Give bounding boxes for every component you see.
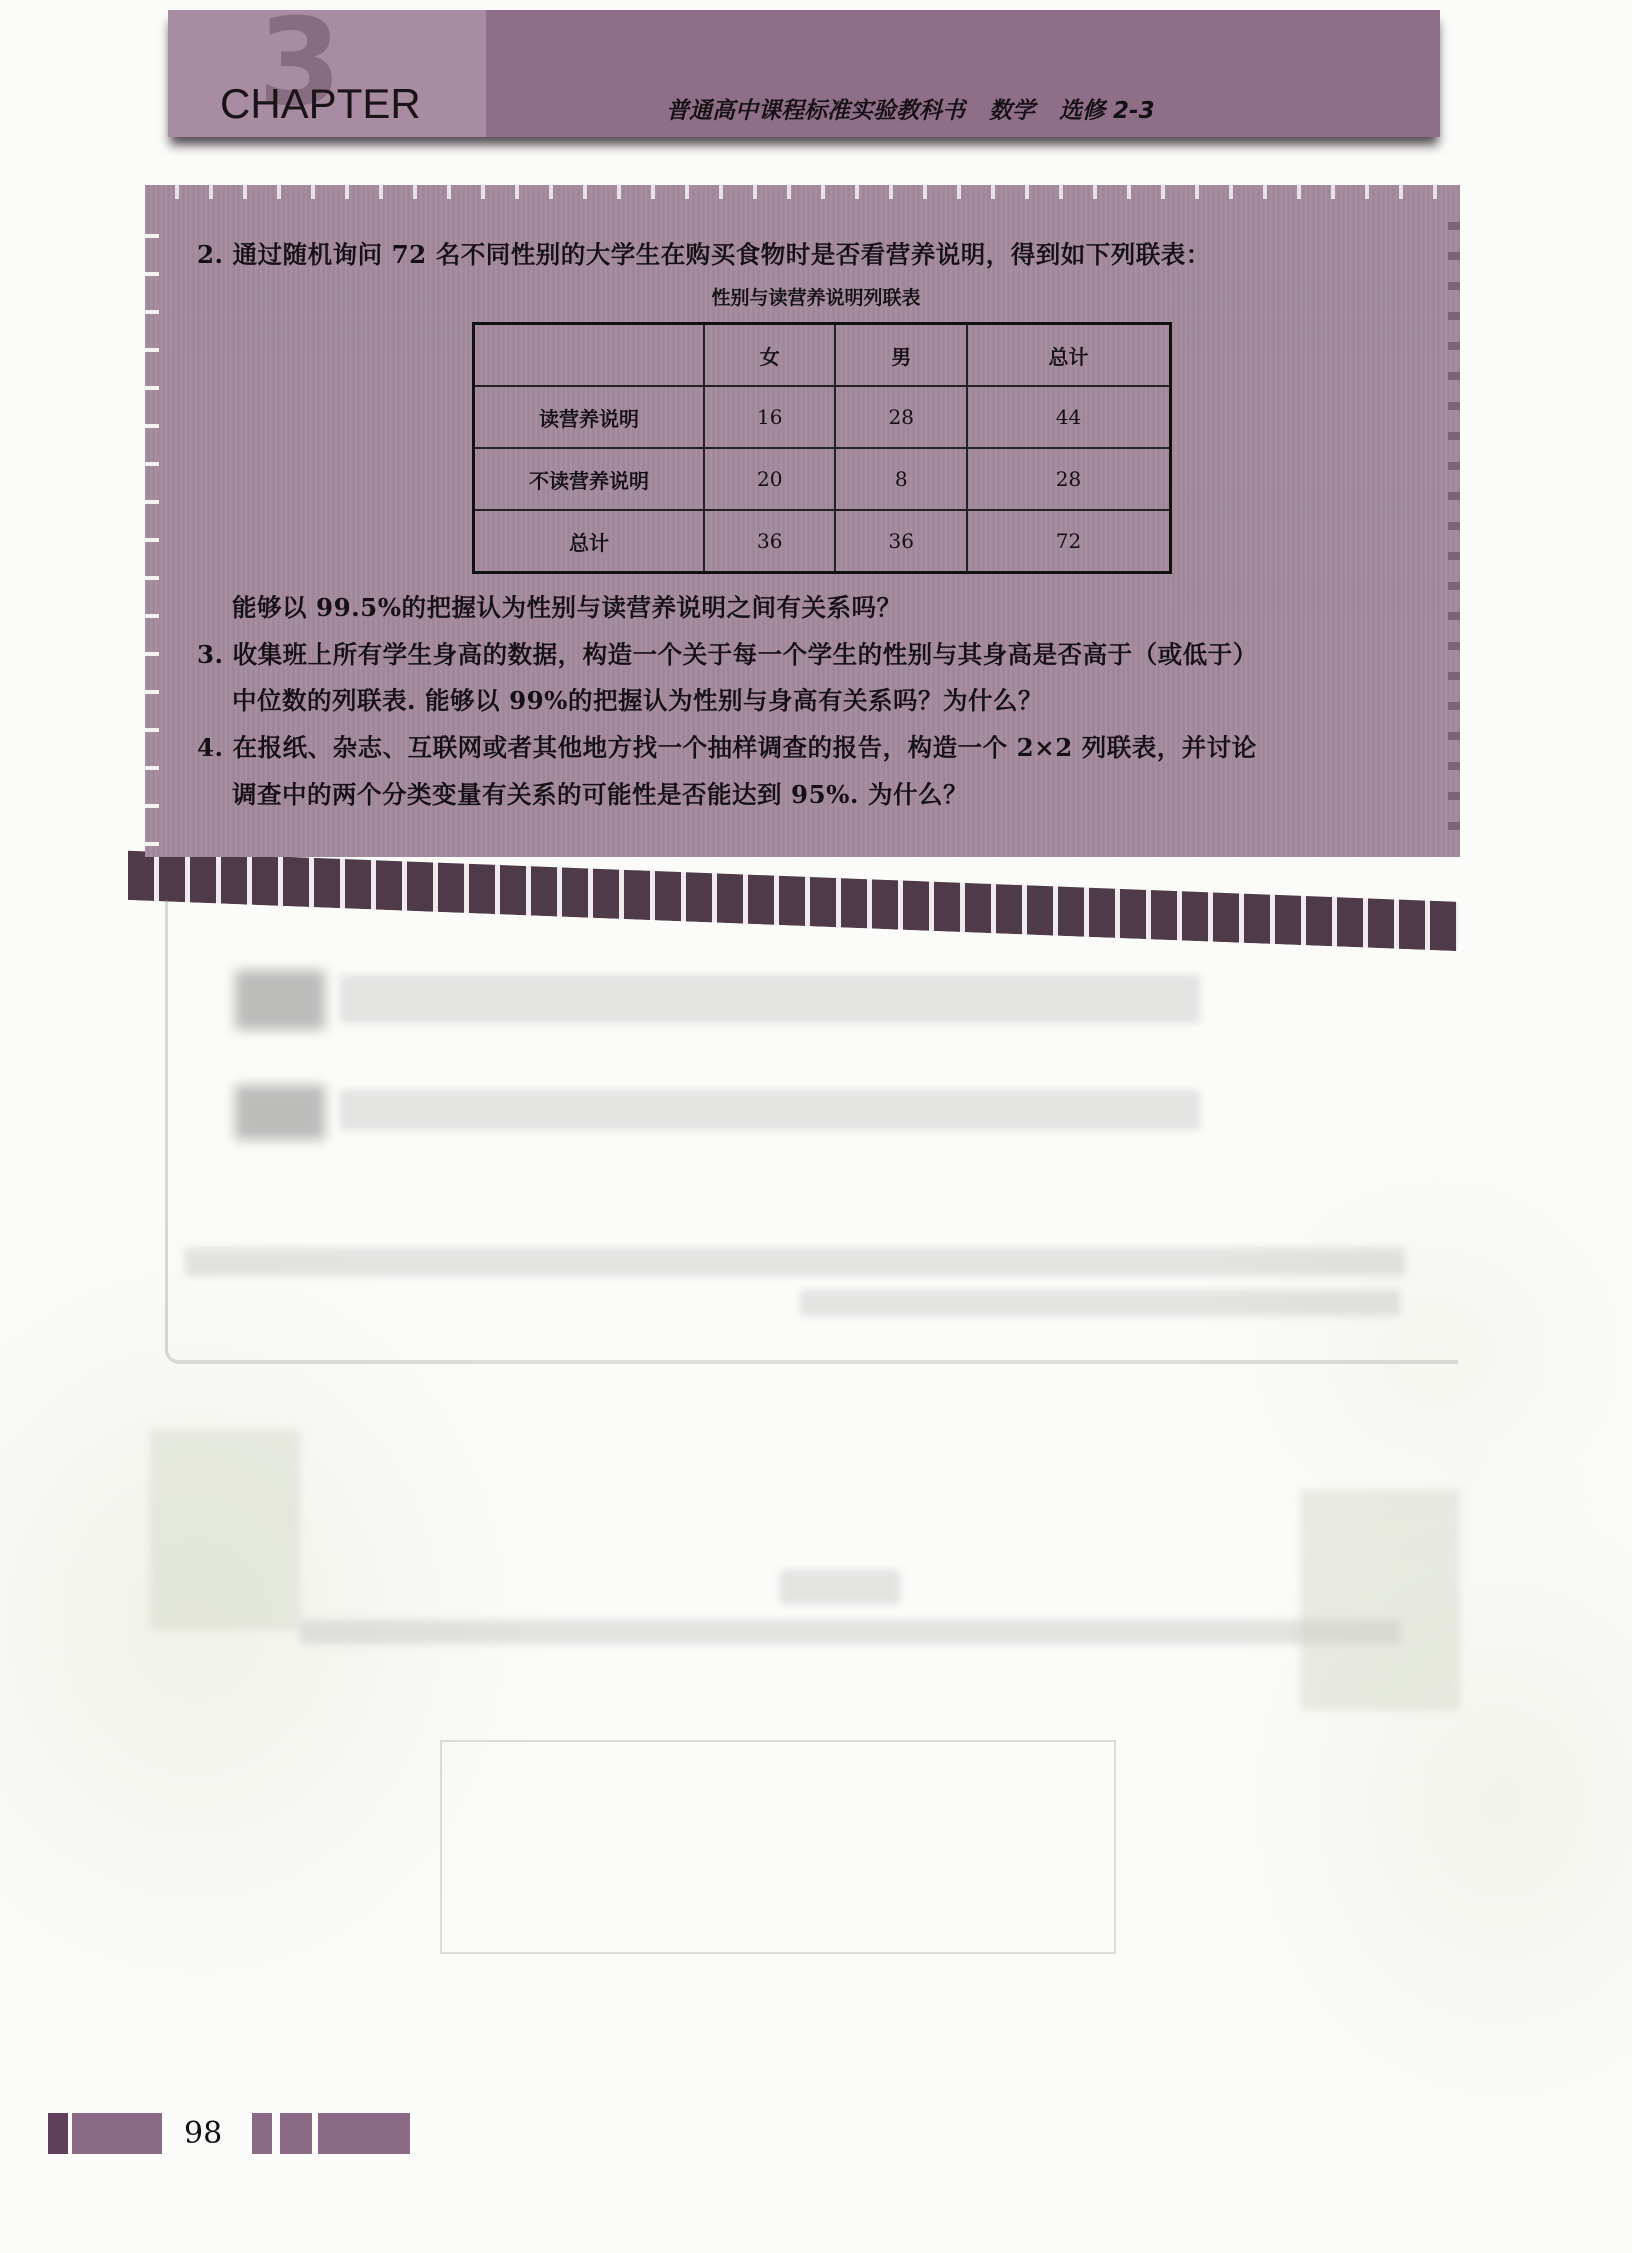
column-header-female: 女 bbox=[704, 324, 835, 387]
table-cell: 16 bbox=[704, 386, 835, 448]
bleed-through-block bbox=[185, 1248, 1405, 1276]
column-header-total: 总计 bbox=[967, 324, 1171, 387]
table-row: 读营养说明 16 28 44 bbox=[474, 386, 1171, 448]
page-number: 98 bbox=[184, 2116, 222, 2151]
bleed-through-block bbox=[300, 1620, 1400, 1644]
question-4-line-1: 4. 在报纸、杂志、互联网或者其他地方找一个抽样调查的报告，构造一个 2×2 列… bbox=[197, 729, 1257, 764]
bleed-through-block bbox=[235, 1085, 325, 1140]
bleed-through-block bbox=[1300, 1490, 1460, 1710]
row-label: 不读营养说明 bbox=[474, 448, 705, 510]
row-label: 总计 bbox=[474, 510, 705, 573]
table-row: 不读营养说明 20 8 28 bbox=[474, 448, 1171, 510]
column-header-male: 男 bbox=[835, 324, 966, 387]
book-title: 普通高中课程标准实验教科书 数学 选修 2-3 bbox=[666, 92, 1155, 125]
bleed-through-block bbox=[780, 1570, 900, 1604]
footer-bar-segment bbox=[280, 2113, 312, 2154]
table-cell: 44 bbox=[967, 386, 1171, 448]
question-2-intro: 2. 通过随机询问 72 名不同性别的大学生在购买食物时是否看营养说明，得到如下… bbox=[197, 236, 1211, 271]
question-3-line-1: 3. 收集班上所有学生身高的数据，构造一个关于每一个学生的性别与其身高是否高于（… bbox=[197, 636, 1258, 671]
bleed-through-block bbox=[150, 1430, 300, 1630]
table-cell: 8 bbox=[835, 448, 966, 510]
question-3-line-2: 中位数的列联表. 能够以 99%的把握认为性别与身高有关系吗？为什么？ bbox=[232, 682, 1043, 717]
bleed-through-mark bbox=[1180, 485, 1440, 515]
table-row: 总计 36 36 72 bbox=[474, 510, 1171, 573]
footer-bar-segment bbox=[72, 2113, 162, 2154]
bleed-through-block bbox=[235, 970, 325, 1030]
footer-bar-segment bbox=[252, 2113, 272, 2154]
table-header-row: 女 男 总计 bbox=[474, 324, 1171, 387]
footer-bar-segment bbox=[48, 2113, 68, 2154]
table-corner-cell bbox=[474, 324, 705, 387]
bleed-through-block bbox=[340, 1090, 1200, 1130]
chapter-tab: 3 CHAPTER bbox=[168, 10, 486, 137]
table-cell: 28 bbox=[835, 386, 966, 448]
table-cell: 36 bbox=[835, 510, 966, 573]
bleed-through-block bbox=[340, 975, 1200, 1023]
table-cell: 72 bbox=[967, 510, 1171, 573]
contingency-table: 女 男 总计 读营养说明 16 28 44 不读营养说明 20 8 28 总计 … bbox=[472, 322, 1172, 574]
bleed-through-block bbox=[800, 1290, 1400, 1316]
bleed-through-mark bbox=[1180, 322, 1440, 352]
bleed-through-mark bbox=[1180, 580, 1440, 610]
chapter-header: 3 CHAPTER 普通高中课程标准实验教科书 数学 选修 2-3 bbox=[168, 10, 1440, 137]
chapter-label: CHAPTER bbox=[220, 80, 421, 128]
question-4-line-2: 调查中的两个分类变量有关系的可能性是否能达到 95%. 为什么？ bbox=[232, 776, 968, 811]
table-cell: 20 bbox=[704, 448, 835, 510]
row-label: 读营养说明 bbox=[474, 386, 705, 448]
table-cell: 28 bbox=[967, 448, 1171, 510]
question-2-prompt: 能够以 99.5%的把握认为性别与读营养说明之间有关系吗？ bbox=[232, 589, 901, 624]
table-cell: 36 bbox=[704, 510, 835, 573]
bleed-through-table bbox=[440, 1740, 1116, 1954]
panel-top-notches bbox=[145, 185, 1460, 199]
footer-bar-segment bbox=[318, 2113, 410, 2154]
bleed-through-mark bbox=[178, 322, 478, 352]
table-caption: 性别与读营养说明列联表 bbox=[0, 283, 1632, 310]
